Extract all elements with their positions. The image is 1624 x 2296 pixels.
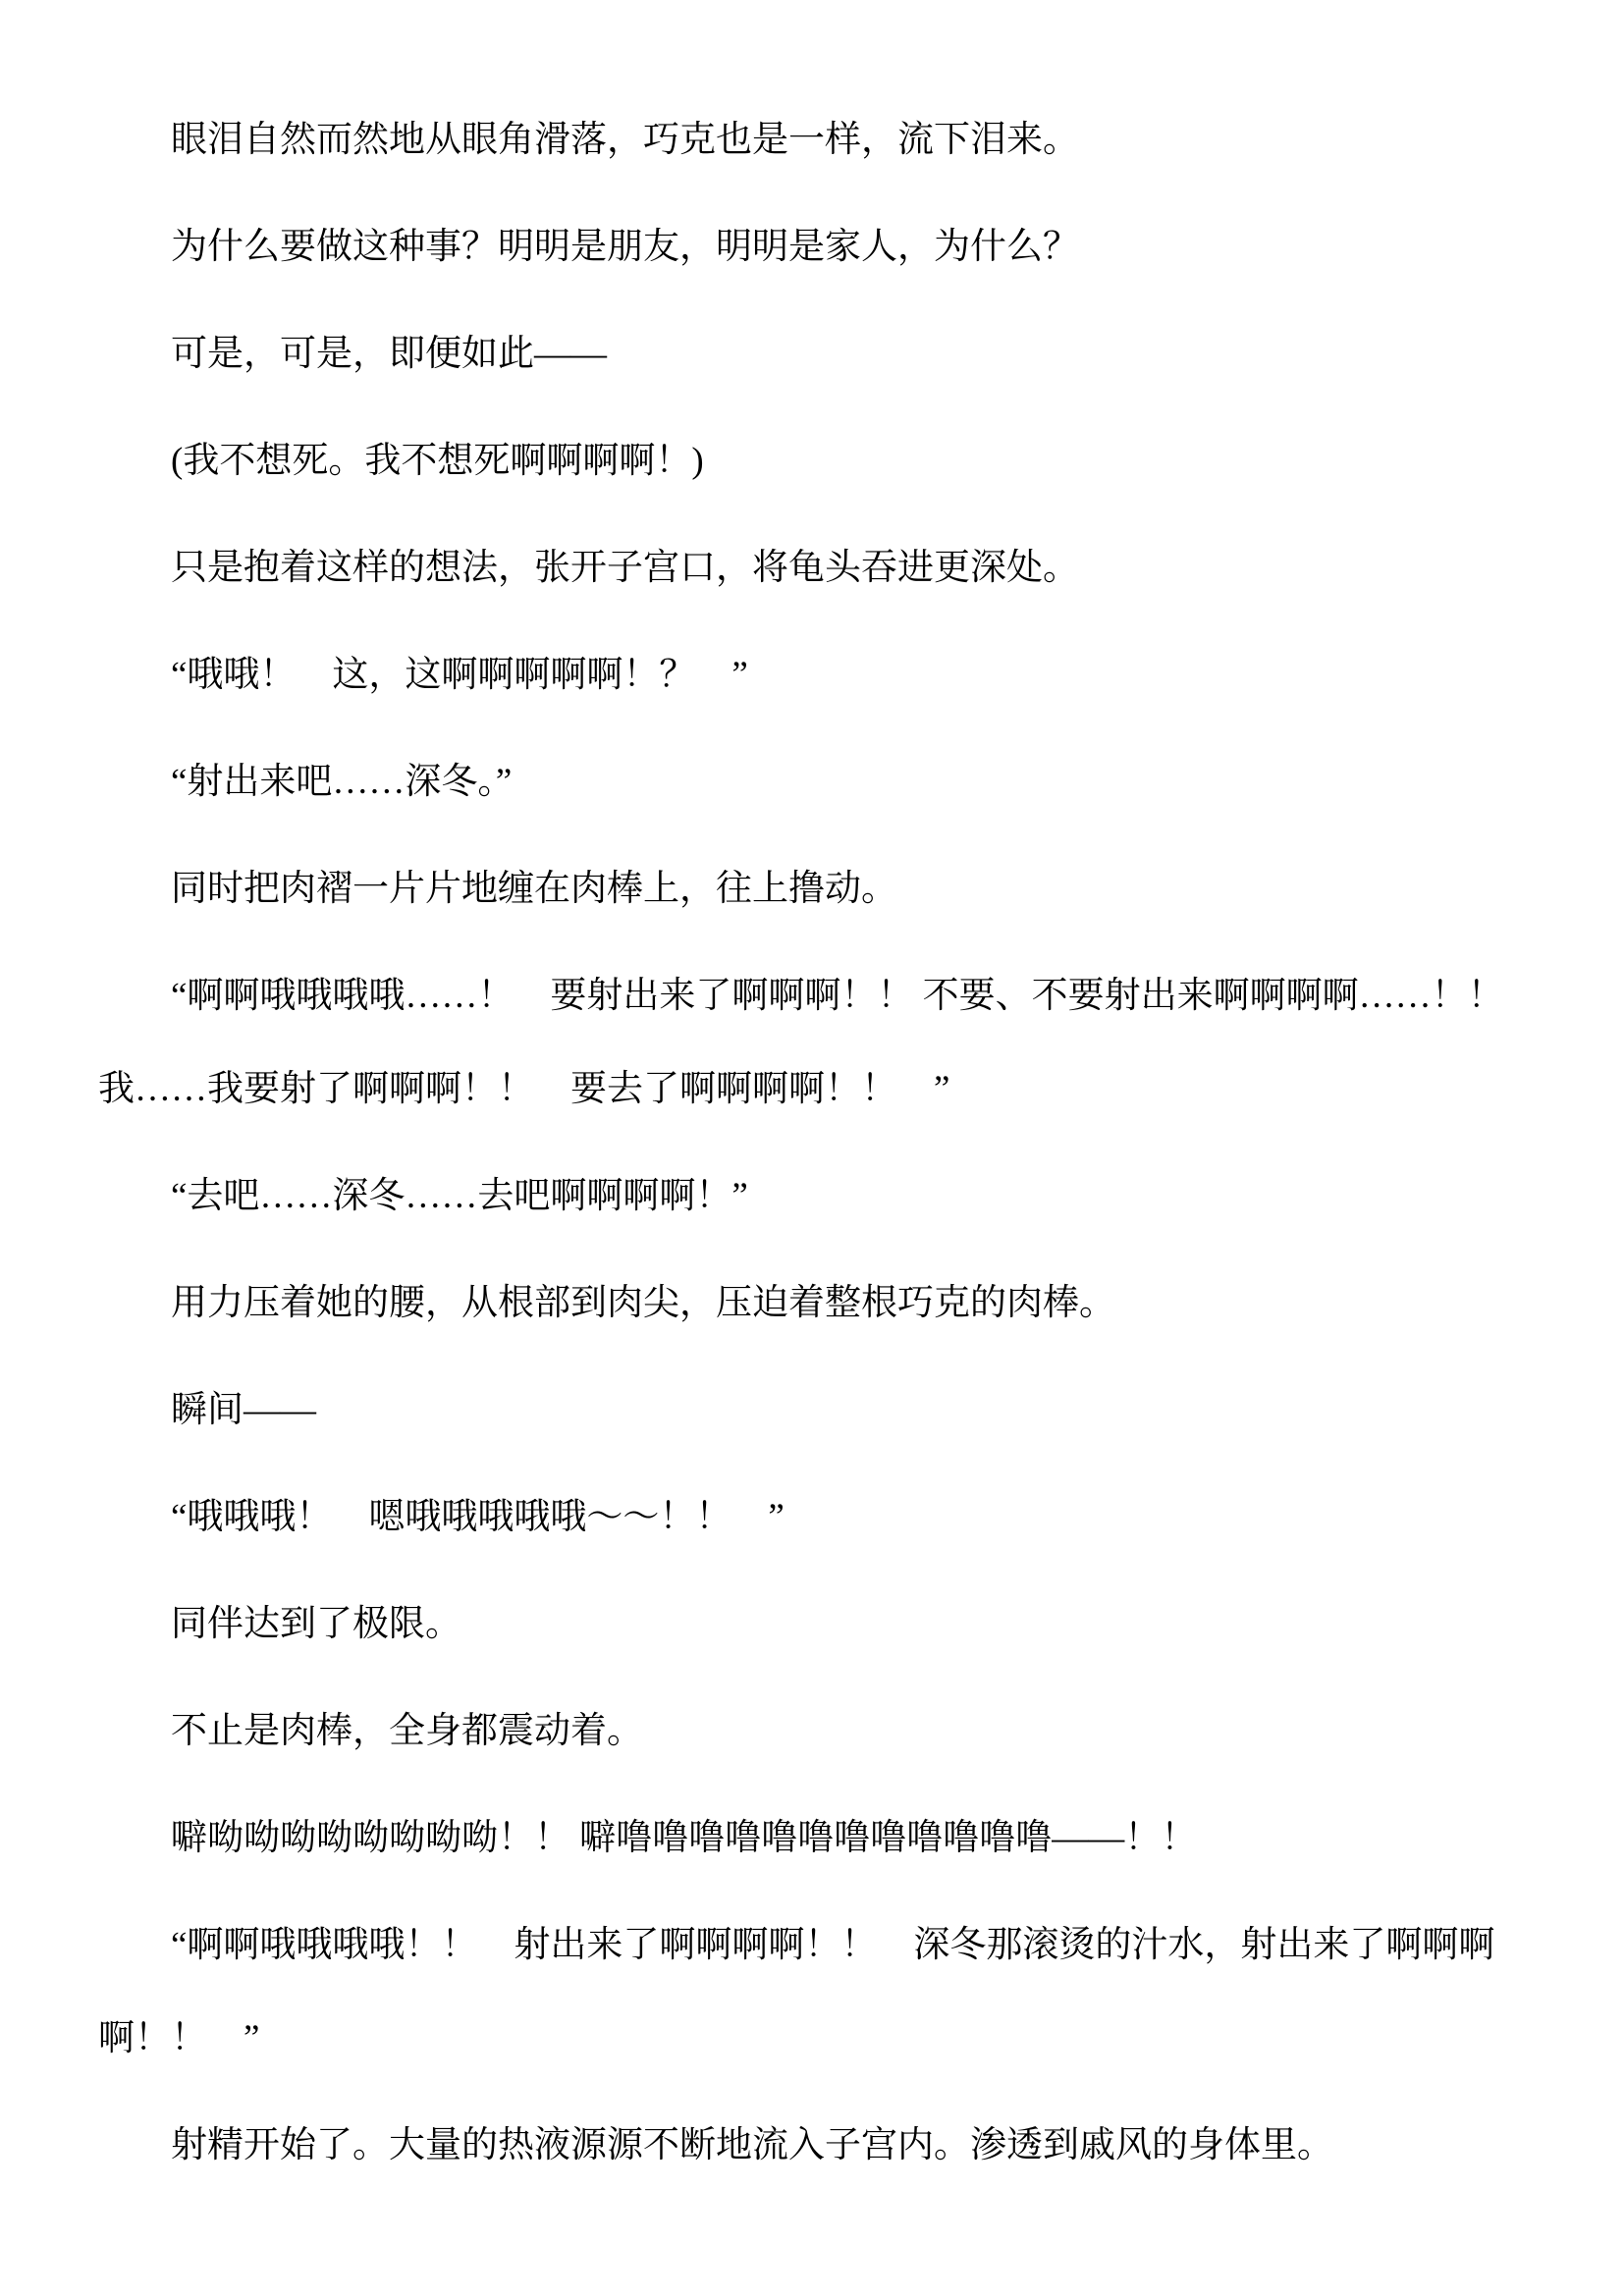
paragraph: 瞬间—— [98, 1363, 1555, 1457]
paragraph: 噼呦呦呦呦呦呦呦呦！！ 噼噜噜噜噜噜噜噜噜噜噜噜噜——！！ [98, 1791, 1555, 1885]
paragraph: 同伴达到了极限。 [98, 1577, 1555, 1671]
paragraph: 只是抱着这样的想法，张开子宫口，将龟头吞进更深处。 [98, 521, 1555, 614]
paragraph: “啊啊哦哦哦哦！！ 射出来了啊啊啊啊！！ 深冬那滚烫的汁水，射出来了啊啊啊 啊！… [98, 1898, 1555, 2085]
paragraph: (我不想死。我不想死啊啊啊啊！) [98, 414, 1555, 507]
paragraph: “去吧……深冬……去吧啊啊啊啊！” [98, 1149, 1555, 1243]
paragraph: 同时把肉褶一片片地缠在肉棒上，往上撸动。 [98, 842, 1555, 935]
paragraph: 射精开始了。大量的热液源源不断地流入子宫内。渗透到戚风的身体里。 [98, 2099, 1555, 2192]
paragraph: 为什么要做这种事？明明是朋友，明明是家人，为什么？ [98, 200, 1555, 294]
paragraph: “哦哦哦！ 嗯哦哦哦哦哦～～！！ ” [98, 1470, 1555, 1564]
paragraph: “哦哦！ 这，这啊啊啊啊啊！？ ” [98, 628, 1555, 721]
paragraph: “射出来吧……深冬。” [98, 735, 1555, 828]
document-page: 眼泪自然而然地从眼角滑落，巧克也是一样，流下泪来。为什么要做这种事？明明是朋友，… [0, 0, 1624, 2296]
paragraph: 眼泪自然而然地从眼角滑落，巧克也是一样，流下泪来。 [98, 93, 1555, 187]
paragraph: 不止是肉棒，全身都震动着。 [98, 1684, 1555, 1778]
paragraph: 可是，可是，即便如此—— [98, 307, 1555, 400]
paragraph: 用力压着她的腰，从根部到肉尖，压迫着整根巧克的肉棒。 [98, 1256, 1555, 1350]
paragraph: “啊啊哦哦哦哦……！ 要射出来了啊啊啊！！ 不要、不要射出来啊啊啊啊……！！ 我… [98, 949, 1555, 1136]
document-text: 眼泪自然而然地从眼角滑落，巧克也是一样，流下泪来。为什么要做这种事？明明是朋友，… [98, 93, 1555, 2192]
